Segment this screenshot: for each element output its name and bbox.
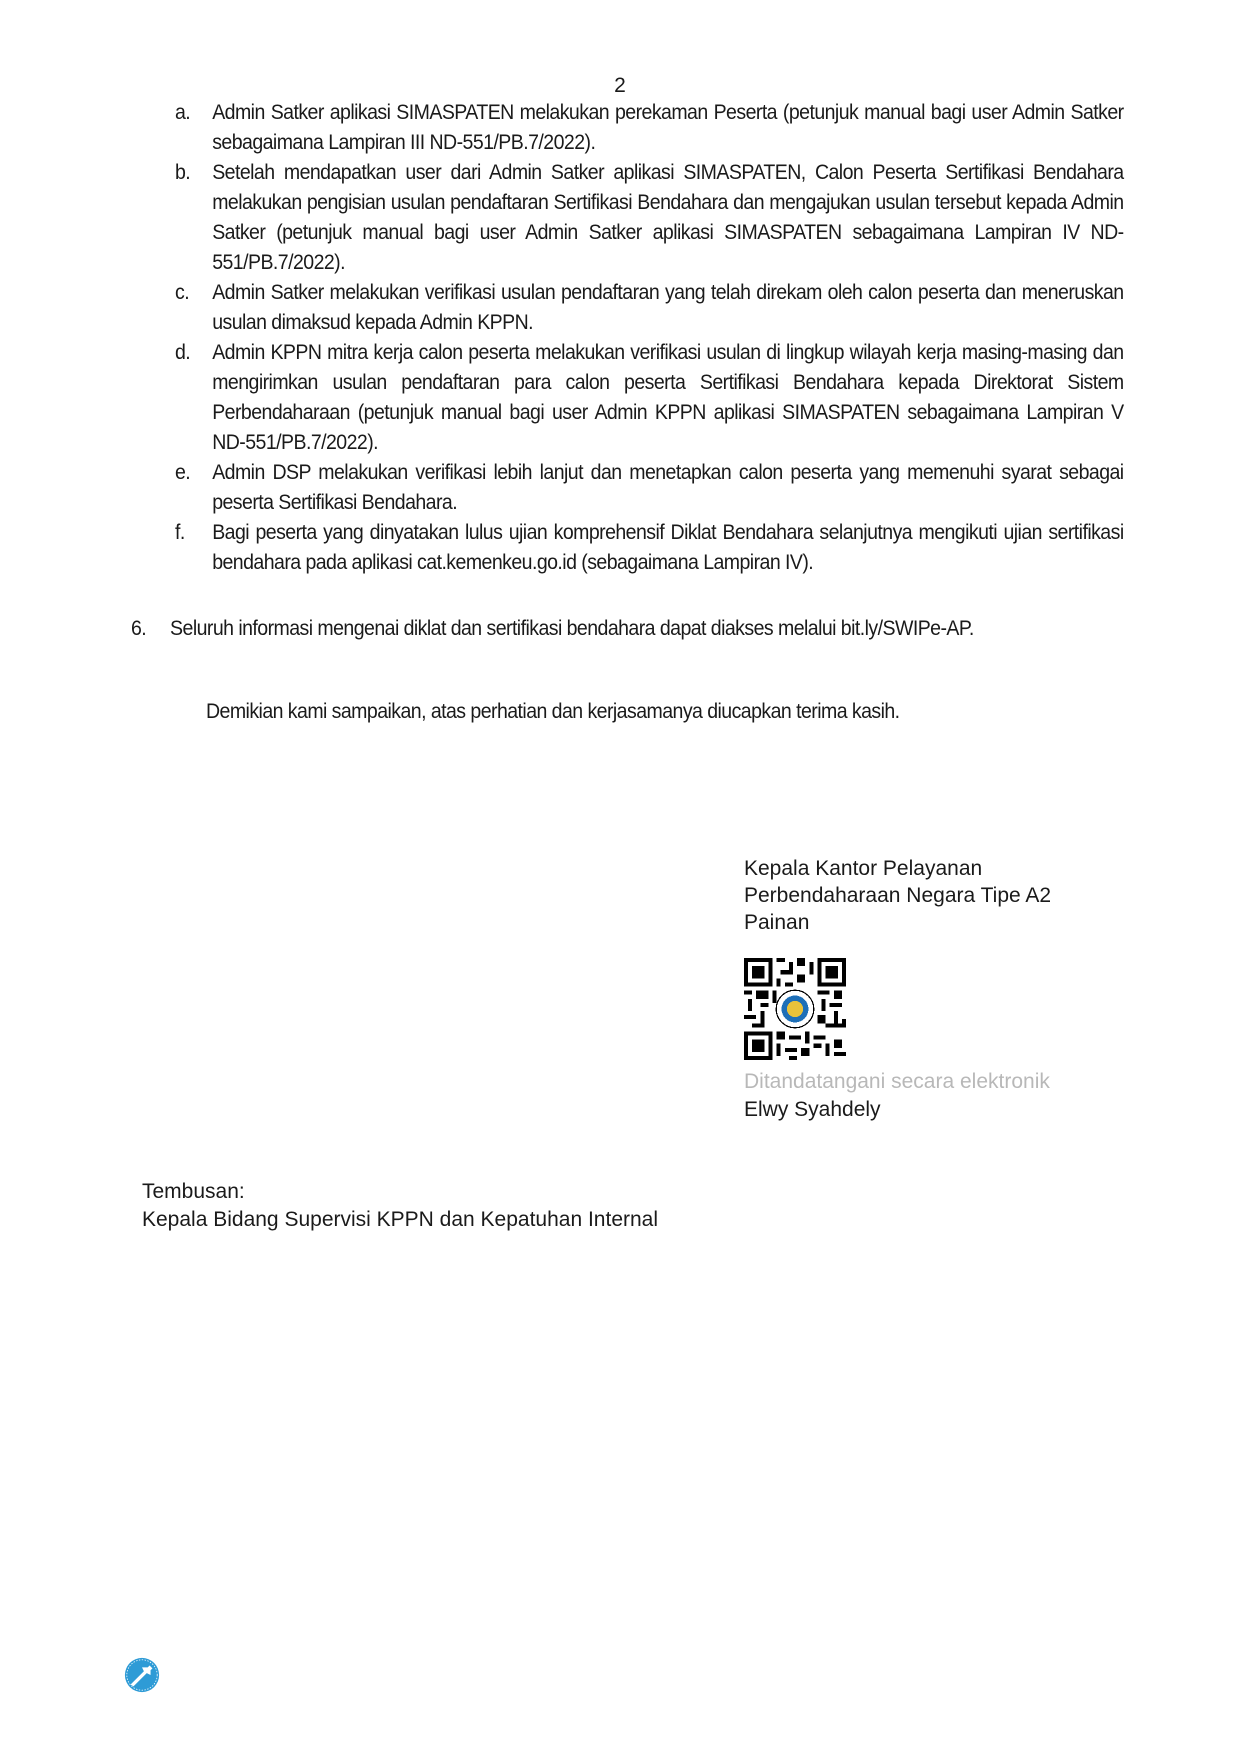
list-item-text: Admin Satker aplikasi SIMASPATEN melakuk… (212, 101, 1123, 154)
position-line: Painan (744, 909, 1051, 936)
list-item-text: Bagi peserta yang dinyatakan lulus ujian… (212, 521, 1123, 574)
page-number: 2 (0, 74, 1240, 98)
list-item-text: Admin KPPN mitra kerja calon peserta mel… (212, 341, 1123, 454)
list-marker: a. (175, 98, 190, 128)
list-marker: e. (175, 458, 190, 488)
list-item-text: Setelah mendapatkan user dari Admin Satk… (212, 161, 1123, 274)
list-item: c.Admin Satker melakukan verifikasi usul… (175, 278, 1124, 338)
list-item: e.Admin DSP melakukan verifikasi lebih l… (175, 458, 1124, 518)
item-number: 6. (131, 614, 146, 644)
list-marker: b. (175, 158, 190, 188)
list-marker: c. (175, 278, 189, 308)
cc-label: Tembusan: (142, 1178, 658, 1206)
list-item: a.Admin Satker aplikasi SIMASPATEN melak… (175, 98, 1124, 158)
signature-position: Kepala Kantor Pelayanan Perbendaharaan N… (744, 855, 1051, 936)
list-item: f.Bagi peserta yang dinyatakan lulus uji… (175, 518, 1124, 578)
numbered-item-6: 6. Seluruh informasi mengenai diklat dan… (131, 614, 1179, 644)
document-logo-icon (123, 1656, 161, 1694)
list-marker: f. (175, 518, 185, 548)
list-marker: d. (175, 338, 190, 368)
list-item-text: Admin DSP melakukan verifikasi lebih lan… (212, 461, 1123, 514)
list-item: d.Admin KPPN mitra kerja calon peserta m… (175, 338, 1124, 458)
carbon-copy: Tembusan: Kepala Bidang Supervisi KPPN d… (142, 1178, 658, 1234)
cc-recipient: Kepala Bidang Supervisi KPPN dan Kepatuh… (142, 1206, 658, 1234)
item-text: Seluruh informasi mengenai diklat dan se… (170, 617, 974, 640)
qr-code-icon (744, 958, 846, 1060)
signer-name: Elwy Syahdely (744, 1096, 881, 1123)
position-line: Kepala Kantor Pelayanan (744, 855, 1051, 882)
position-line: Perbendaharaan Negara Tipe A2 (744, 882, 1051, 909)
list-item: b.Setelah mendapatkan user dari Admin Sa… (175, 158, 1124, 278)
list-item-text: Admin Satker melakukan verifikasi usulan… (212, 281, 1123, 334)
closing-sentence: Demikian kami sampaikan, atas perhatian … (206, 697, 900, 727)
procedure-list: a.Admin Satker aplikasi SIMASPATEN melak… (175, 98, 1124, 578)
electronic-signature-note: Ditandatangani secara elektronik (744, 1068, 1050, 1095)
